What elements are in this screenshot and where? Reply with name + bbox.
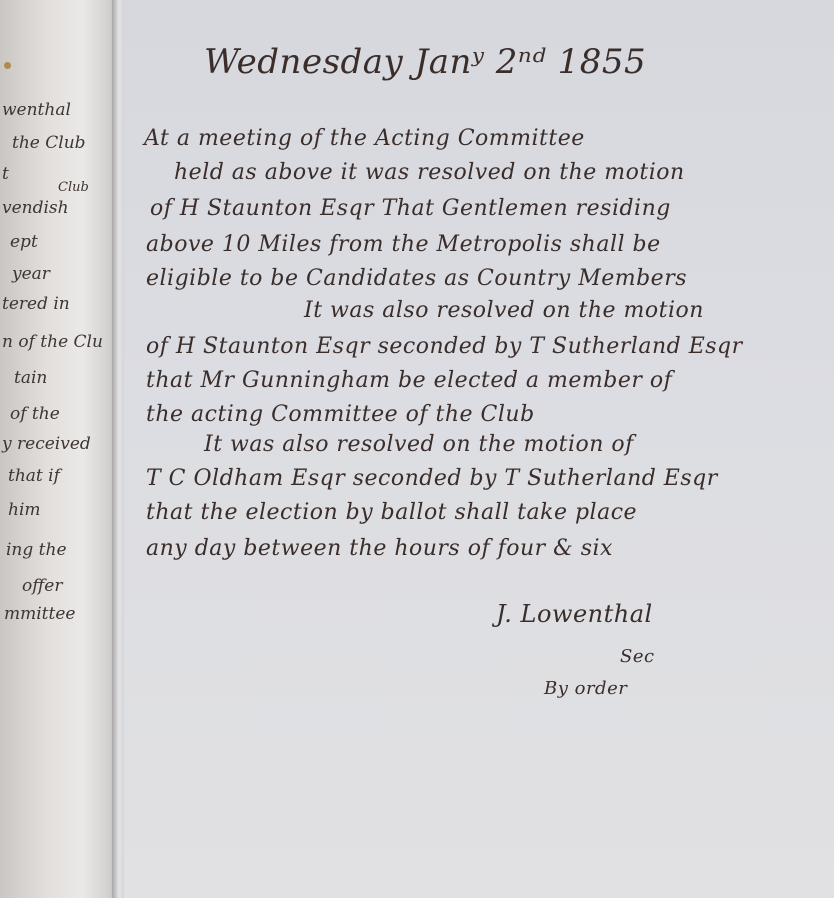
left-page-line: wenthal (2, 100, 71, 120)
right-page: Wednesday Janʸ 2ⁿᵈ 1855 At a meeting of … (124, 0, 834, 898)
left-page-line: the Club (12, 133, 86, 153)
left-page-line: ept (10, 232, 38, 252)
signature-note: By order (544, 678, 627, 699)
left-page-line: y received (2, 434, 91, 454)
minute-line: T C Oldham Esqr seconded by T Sutherland… (146, 466, 718, 491)
minute-line: above 10 Miles from the Metropolis shall… (146, 232, 661, 257)
minute-line: that the election by ballot shall take p… (146, 500, 637, 525)
left-page-fragment: wenthal the Club t Club vendish ept year… (0, 0, 118, 898)
left-page-line: that if (8, 466, 60, 486)
minute-line: It was also resolved on the motion of (204, 432, 634, 457)
minute-line: any day between the hours of four & six (146, 536, 613, 561)
left-page-line: n of the Clu (2, 332, 103, 352)
minute-line: that Mr Gunningham be elected a member o… (146, 368, 672, 393)
entry-date-heading: Wednesday Janʸ 2ⁿᵈ 1855 (204, 42, 646, 82)
minute-line: eligible to be Candidates as Country Mem… (146, 266, 687, 291)
minute-line: It was also resolved on the motion (304, 298, 704, 323)
left-page-line: tered in (2, 294, 70, 314)
minute-line: of H Staunton Esqr That Gentlemen residi… (150, 196, 671, 221)
left-page-line: offer (22, 576, 62, 596)
left-page-line: ing the (6, 540, 67, 560)
signature-name: J. Lowenthal (496, 600, 653, 628)
minute-line: of H Staunton Esqr seconded by T Sutherl… (146, 334, 743, 359)
left-page-line: Club (58, 180, 89, 195)
left-page-line: year (12, 264, 50, 284)
signature-title: Sec (620, 646, 655, 667)
minute-line: At a meeting of the Acting Committee (144, 126, 585, 151)
minute-line: held as above it was resolved on the mot… (174, 160, 685, 185)
left-page-line: vendish (2, 198, 69, 218)
left-page-line: mmittee (4, 604, 75, 624)
ink-stain (4, 62, 11, 69)
left-page-line: t (2, 164, 9, 184)
left-page-line: tain (14, 368, 47, 388)
left-page-line: him (8, 500, 41, 520)
minute-line: the acting Committee of the Club (146, 402, 535, 427)
left-page-line: of the (10, 404, 60, 424)
